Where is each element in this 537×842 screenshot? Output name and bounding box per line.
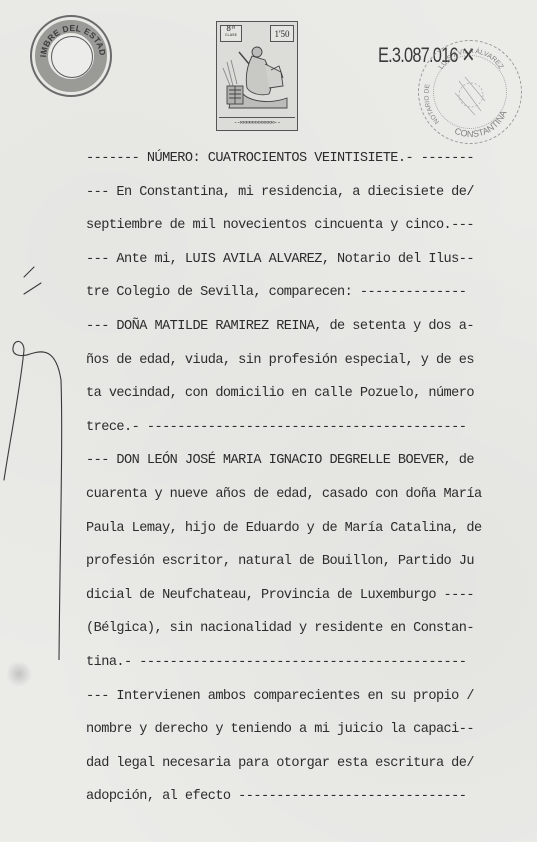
stamp-class-sublabel: CLASE [221,34,241,39]
deed-line: Paula Lemay, hijo de Eduardo y de María … [86,512,506,546]
deed-line: --- Ante mi, LUIS AVILA ALVAREZ, Notario… [86,243,506,277]
fiscal-stamp-icon: 8ª CLASE 1'50 --∞∞∞∞∞∞∞∞∞∞∞-- [216,21,298,131]
notary-seal-icon: LUIS ÁVILA ÁLVAREZ CONSTANTINA NOTARIO D… [418,40,522,144]
deed-line: tre Colegio de Sevilla, comparecen: ----… [86,276,506,310]
deed-line: adopción, al efecto --------------------… [86,780,506,814]
notary-seal-left-text: NOTARIO DE [423,83,441,125]
deed-line: tina.- ---------------------------------… [86,646,506,680]
deed-line: (Bélgica), sin nacionalidad y residente … [86,612,506,646]
svg-text:CONSTANTINA: CONSTANTINA [453,109,508,139]
stamp-class-label: 8ª [226,25,236,34]
stamp-band: --∞∞∞∞∞∞∞∞∞∞∞-- [219,117,295,127]
deed-line: --- DON LEÓN JOSÉ MARIA IGNACIO DEGRELLE… [86,444,506,478]
deed-line: --- En Constantina, mi residencia, a die… [86,176,506,210]
svg-text:TIMBRE DEL ESTADO: TIMBRE DEL ESTADO [32,17,108,58]
document-page: TIMBRE DEL ESTADO 8ª CLASE 1'50 --∞∞∞∞∞∞… [0,0,537,842]
deed-line: ños de edad, viuda, sin profesión especi… [86,344,506,378]
deed-line: ------- NÚMERO: CUATROCIENTOS VEINTISIET… [86,142,506,176]
notary-seal-bottom-text: CONSTANTINA [453,109,508,139]
allegorical-figure-icon [221,42,293,114]
deed-line: trece.- --------------------------------… [86,411,506,445]
deed-line: --- DOÑA MATILDE RAMIREZ REINA, de seten… [86,310,506,344]
deed-line: nombre y derecho y teniendo a mi juicio … [86,713,506,747]
deed-line: dicial de Neufchateau, Provincia de Luxe… [86,579,506,613]
deed-line: profesión escritor, natural de Bouillon,… [86,545,506,579]
deed-body: ------- NÚMERO: CUATROCIENTOS VEINTISIET… [86,142,506,814]
deed-line: cuarenta y nueve años de edad, casado co… [86,478,506,512]
state-seal-text: TIMBRE DEL ESTADO [32,17,108,58]
deed-line: --- Intervienen ambos comparecientes en … [86,680,506,714]
deed-line: dad legal necesaria para otorgar esta es… [86,747,506,781]
svg-text:LUIS ÁVILA ÁLVAREZ: LUIS ÁVILA ÁLVAREZ [438,46,505,71]
svg-text:NOTARIO DE: NOTARIO DE [423,83,441,125]
timbre-del-estado-seal-icon: TIMBRE DEL ESTADO [30,15,112,97]
stamp-value: 1'50 [270,25,294,42]
deed-line: ta vecindad, con domicilio en calle Pozu… [86,377,506,411]
stamp-class: 8ª CLASE [220,25,242,42]
notary-seal-top-text: LUIS ÁVILA ÁLVAREZ [438,46,505,71]
ink-smudge [5,662,33,686]
handwritten-margin-mark-icon [0,240,80,660]
deed-line: septiembre de mil novecientos cincuenta … [86,209,506,243]
